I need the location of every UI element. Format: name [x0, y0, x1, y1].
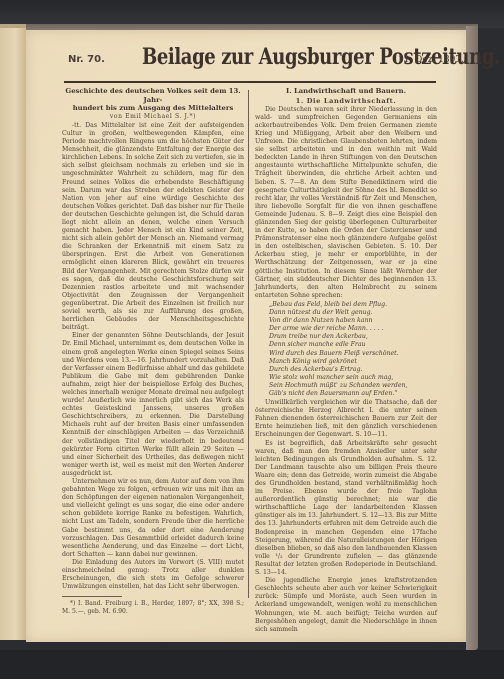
article-byline: von Emil Michael S. J.*): [62, 113, 244, 121]
poem-quote: „Bebau das Feld, bleib bei dem Pflug. Da…: [269, 301, 437, 398]
verse-line: Dann nützest du der Welt genug.: [269, 309, 437, 317]
footnote-divider: [62, 596, 122, 597]
paragraph: Die Deutschen waren seit ihrer Niederlas…: [255, 106, 437, 300]
facing-page-margin: [0, 28, 27, 640]
scan-background-bottom: [0, 650, 504, 679]
issue-date: 11. Dez. 1897.: [398, 55, 464, 65]
verse-line: Manch König wird gekrönet: [269, 358, 437, 366]
verse-line: Der arme wie der reiche Mann. . . . .: [269, 325, 437, 333]
paragraph: Die jugendliche Energie jenes kraftstrot…: [255, 577, 437, 634]
paragraph: Es ist begreiflich, daß Arbeitskräfte se…: [255, 440, 437, 578]
verse-line: „Bebau das Feld, bleib bei dem Pflug.: [269, 301, 437, 309]
paragraph: Unwillkürlich vergleichen wir die Thatsa…: [255, 399, 437, 439]
paragraph: Einer der genannten Söhne Deutschlands, …: [62, 332, 244, 478]
verse-line: Wie stolz wohl mancher sein auch mag,: [269, 374, 437, 382]
left-column: Geschichte des deutschen Volkes seit dem…: [62, 87, 244, 617]
right-column: I. Landwirthschaft und Bauern. 1. Die La…: [255, 87, 437, 634]
subsection-heading: 1. Die Landwirthschaft.: [255, 97, 437, 105]
verse-line: Von dir dann Nutzen haben kann: [269, 317, 437, 325]
book-cover-edge: [466, 26, 478, 650]
paragraph: Unternehmen wir es nun, dem Autor auf de…: [62, 478, 244, 559]
article-title: Geschichte des deutschen Volkes seit dem…: [62, 87, 244, 113]
issue-number: Nr. 70.: [68, 54, 105, 65]
masthead-rule: [64, 81, 436, 83]
paragraph: Die Einladung des Autors im Vorwort (S. …: [62, 559, 244, 591]
verse-line: Drum treibe nur den Ackerbau,: [269, 333, 437, 341]
verse-line: Denn sicher manche edle Frau: [269, 341, 437, 349]
verse-line: Sein Hochmuth müßt' zu Schanden werden,: [269, 382, 437, 390]
column-divider: [248, 90, 249, 598]
section-heading: I. Landwirthschaft und Bauern.: [255, 87, 437, 96]
paragraph: -tt. Das Mittelalter ist eine Zeit der a…: [62, 122, 244, 332]
verse-line: Wird durch des Bauern Fleiß verschönet.: [269, 350, 437, 358]
verse-line: Gäb's nicht den Bauersmann auf Erden.": [269, 390, 437, 398]
verse-line: Durch des Ackerbau's Ertrag.: [269, 366, 437, 374]
footnote: *) I. Band. Freiburg i. B., Herder, 1897…: [62, 600, 244, 616]
masthead: Nr. 70. Beilage zur Augsburger Postzeitu…: [38, 40, 436, 80]
